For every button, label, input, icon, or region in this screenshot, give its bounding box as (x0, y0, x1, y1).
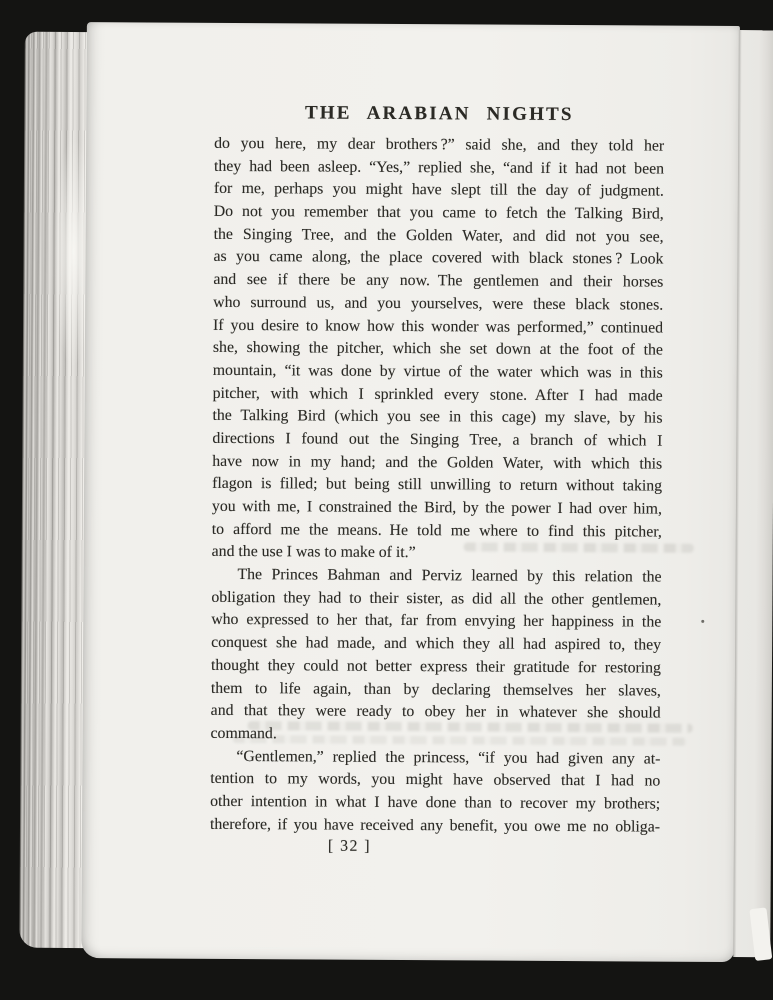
text-line: conquest she had made, and which they al… (211, 632, 661, 657)
text-line: do you here, my dear brothers ?” said sh… (214, 133, 664, 158)
text-line: the Talking Bird (which you see in this … (212, 405, 662, 430)
text-line: to afford me the means. He told me where… (212, 519, 662, 544)
text-line: pitcher, with which I sprinkled every st… (213, 382, 663, 407)
adjacent-page-corner (749, 907, 772, 961)
text-line: she, showing the pitcher, which she set … (213, 337, 663, 362)
scanned-book-photo: THE ARABIAN NIGHTS do you here, my dear … (0, 0, 773, 1000)
book: THE ARABIAN NIGHTS do you here, my dear … (0, 0, 773, 1000)
text-line: thought they could not better express th… (211, 655, 661, 680)
text-line: The Princes Bahman and Perviz learned by… (211, 564, 661, 589)
text-line: who expressed to her that, far from envy… (211, 609, 661, 634)
text-line: directions I found out the Singing Tree,… (212, 428, 662, 453)
text-line: “Gentlemen,” replied the princess, “if y… (210, 745, 660, 770)
text-line: other intention in what I have done than… (210, 791, 660, 816)
text-line: they had been asleep. “Yes,” replied she… (214, 156, 664, 181)
text-line: flagon is filled; but being still unwill… (212, 473, 662, 498)
book-page: THE ARABIAN NIGHTS do you here, my dear … (81, 22, 740, 962)
text-line: tention to my words, you might have obse… (210, 768, 660, 793)
text-line: Do not you remember that you came to fet… (214, 201, 664, 226)
text-line: If you desire to know how this wonder wa… (213, 314, 663, 339)
text-line: who surround us, and you yourselves, wer… (213, 292, 663, 317)
page-edge-stack (19, 32, 89, 948)
adjacent-page-gutter (733, 30, 773, 957)
text-line: for me, perhaps you might have slept til… (214, 178, 664, 203)
text-line: have now in my hand; and the Golden Wate… (212, 450, 662, 475)
page-edge-highlight (19, 32, 89, 948)
text-line: the Singing Tree, and the Golden Water, … (214, 224, 664, 249)
text-line: you with me, I constrained the Bird, by … (212, 496, 662, 521)
text-line: mountain, “it was done by virtue of the … (213, 360, 663, 385)
page-number: [ 32 ] (210, 835, 660, 860)
running-header: THE ARABIAN NIGHTS (214, 102, 664, 127)
show-through-smudge (464, 542, 694, 552)
text-block: do you here, my dear brothers ?” said sh… (210, 133, 664, 839)
text-line: as you came along, the place covered wit… (213, 246, 663, 271)
text-line: and see if there be any now. The gentlem… (213, 269, 663, 294)
text-line: obligation they had to their sister, as … (211, 587, 661, 612)
text-line: them to life again, than by declaring th… (211, 677, 661, 702)
ink-speck (701, 620, 704, 623)
